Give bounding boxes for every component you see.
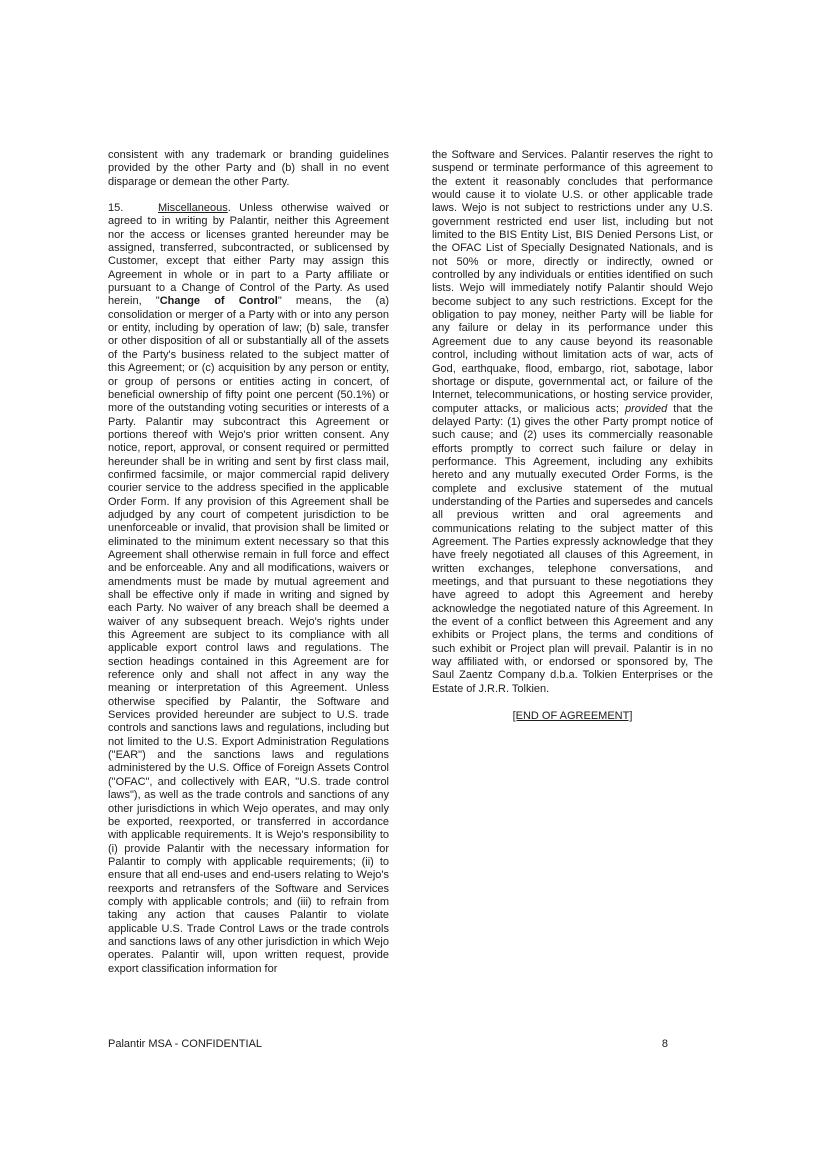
text-run: Change of Control — [160, 295, 278, 307]
footer-confidential-label: Palantir MSA - CONFIDENTIAL — [108, 1038, 262, 1051]
text-run: 15. — [108, 202, 158, 215]
miscellaneous-section-paragraph: 15.Miscellaneous. Unless otherwise waive… — [108, 202, 389, 976]
end-of-agreement-marker: [END OF AGREEMENT] — [432, 710, 713, 723]
text-run: . Unless otherwise waived or agreed to i… — [108, 202, 389, 307]
text-run: " means, the (a) consolidation or merger… — [108, 295, 389, 974]
text-run: [END OF AGREEMENT] — [513, 710, 633, 722]
trademark-paragraph: consistent with any trademark or brandin… — [108, 149, 389, 189]
text-run: consistent with any trademark or brandin… — [108, 149, 389, 188]
page-number: 8 — [662, 1038, 668, 1051]
text-run: provided — [625, 403, 667, 415]
text-run: that the delayed Party: (1) gives the ot… — [432, 403, 713, 695]
page-footer: Palantir MSA - CONFIDENTIAL 8 — [108, 1038, 668, 1051]
document-body: consistent with any trademark or brandin… — [108, 149, 714, 976]
left-column: consistent with any trademark or brandin… — [108, 149, 389, 976]
right-column: the Software and Services. Palantir rese… — [432, 149, 713, 976]
text-run: Miscellaneous — [158, 202, 228, 214]
text-run: the Software and Services. Palantir rese… — [432, 149, 713, 415]
miscellaneous-section-continued-paragraph: the Software and Services. Palantir rese… — [432, 149, 713, 696]
document-page: consistent with any trademark or brandin… — [0, 0, 826, 1169]
